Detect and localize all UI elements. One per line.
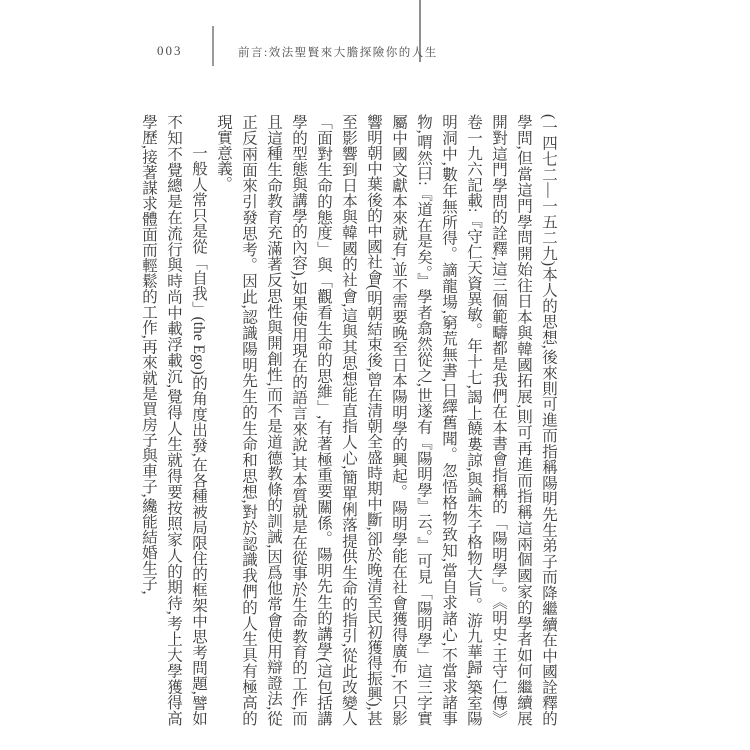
header-divider-line — [212, 26, 214, 66]
page-number: 003 — [157, 43, 183, 59]
paragraph: 一般人常只是從「自我」(the Ego)的角度出發,在各種被局限住的框架中思考問… — [136, 114, 211, 726]
chapter-title: 前言:效法聖賢來大膽探險你的人生 — [238, 44, 438, 60]
book-page: 003 前言:效法聖賢來大膽探險你的人生 (一四七二—一五二九)本人的思想,後來… — [0, 0, 750, 750]
paragraph: (一四七二—一五二九)本人的思想,後來則可進而指稱陽明先生弟子而降繼續在中國詮釋… — [211, 114, 561, 726]
body-text-block: (一四七二—一五二九)本人的思想,後來則可進而指稱陽明先生弟子而降繼續在中國詮釋… — [136, 114, 561, 726]
